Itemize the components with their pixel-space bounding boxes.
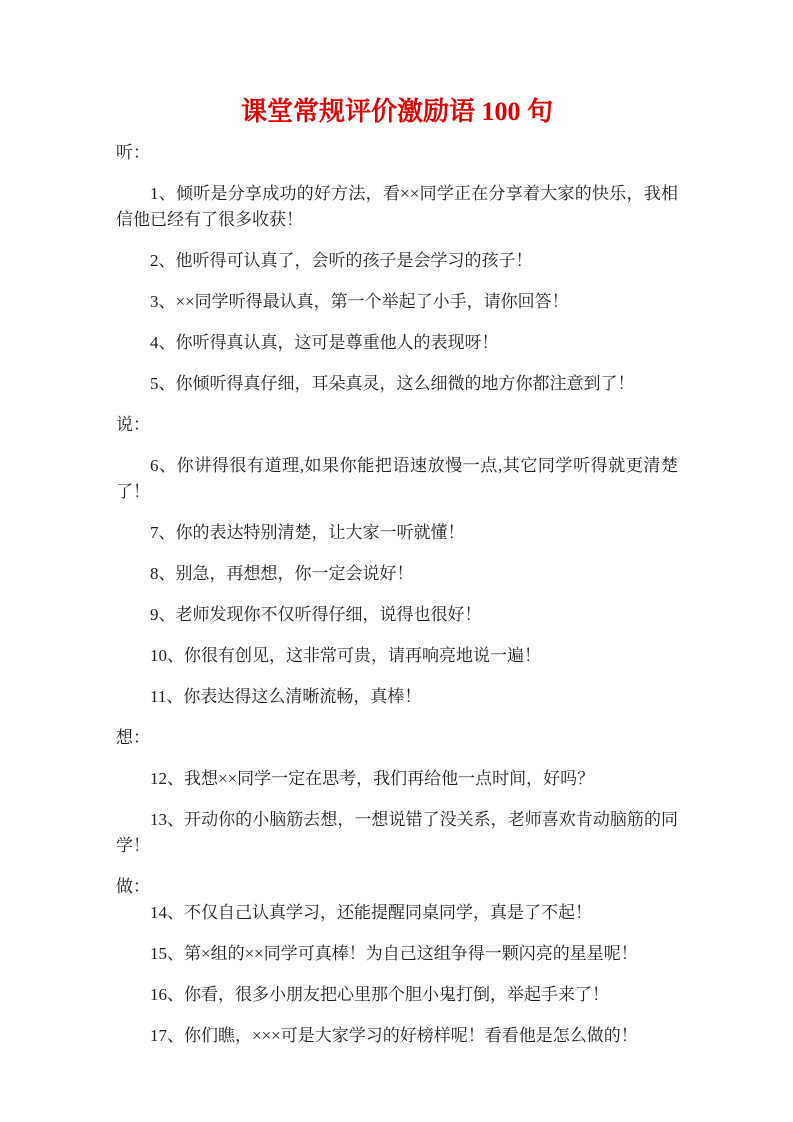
list-item-17: 17、你们瞧，×××可是大家学习的好榜样呢！看看他是怎么做的！ [116, 1023, 678, 1049]
document-page: 课堂常规评价激励语 100 句 听： 1、倾听是分享成功的好方法，看××同学正在… [0, 0, 793, 1122]
list-item-1: 1、倾听是分享成功的好方法，看××同学正在分享着大家的快乐，我相信他已经有了很多… [116, 181, 678, 233]
list-item-3: 3、××同学听得最认真，第一个举起了小手，请你回答！ [116, 289, 678, 315]
section-label-speak: 说： [116, 412, 678, 438]
list-item-15: 15、第×组的××同学可真棒！为自己这组争得一颗闪亮的星星呢！ [116, 941, 678, 967]
section-do: 做： 14、不仅自己认真学习，还能提醒同桌同学，真是了不起！ 15、第×组的××… [116, 874, 678, 1049]
list-item-6: 6、你讲得很有道理,如果你能把语速放慢一点,其它同学听得就更清楚了！ [116, 453, 678, 505]
page-title: 课堂常规评价激励语 100 句 [116, 98, 678, 126]
list-item-13: 13、开动你的小脑筋去想，一想说错了没关系，老师喜欢肯动脑筋的同学！ [116, 807, 678, 859]
list-item-11: 11、你表达得这么清晰流畅，真棒！ [116, 684, 678, 710]
section-label-think: 想： [116, 725, 678, 751]
list-item-2: 2、他听得可认真了，会听的孩子是会学习的孩子！ [116, 248, 678, 274]
section-label-listen: 听： [116, 140, 678, 166]
list-item-16: 16、你看，很多小朋友把心里那个胆小鬼打倒，举起手来了！ [116, 982, 678, 1008]
list-item-10: 10、你很有创见，这非常可贵，请再响亮地说一遍！ [116, 643, 678, 669]
section-label-do: 做： [116, 874, 678, 900]
list-item-4: 4、你听得真认真，这可是尊重他人的表现呀！ [116, 330, 678, 356]
section-listen: 听： 1、倾听是分享成功的好方法，看××同学正在分享着大家的快乐，我相信他已经有… [116, 140, 678, 397]
list-item-7: 7、你的表达特别清楚，让大家一听就懂！ [116, 520, 678, 546]
list-item-14: 14、不仅自己认真学习，还能提醒同桌同学，真是了不起！ [116, 900, 678, 926]
section-think: 想： 12、我想××同学一定在思考，我们再给他一点时间，好吗？ 13、开动你的小… [116, 725, 678, 859]
list-item-5: 5、你倾听得真仔细，耳朵真灵，这么细微的地方你都注意到了！ [116, 371, 678, 397]
section-speak: 说： 6、你讲得很有道理,如果你能把语速放慢一点,其它同学听得就更清楚了！ 7、… [116, 412, 678, 710]
list-item-9: 9、老师发现你不仅听得仔细，说得也很好！ [116, 602, 678, 628]
list-item-12: 12、我想××同学一定在思考，我们再给他一点时间，好吗？ [116, 766, 678, 792]
list-item-8: 8、别急，再想想，你一定会说好！ [116, 561, 678, 587]
